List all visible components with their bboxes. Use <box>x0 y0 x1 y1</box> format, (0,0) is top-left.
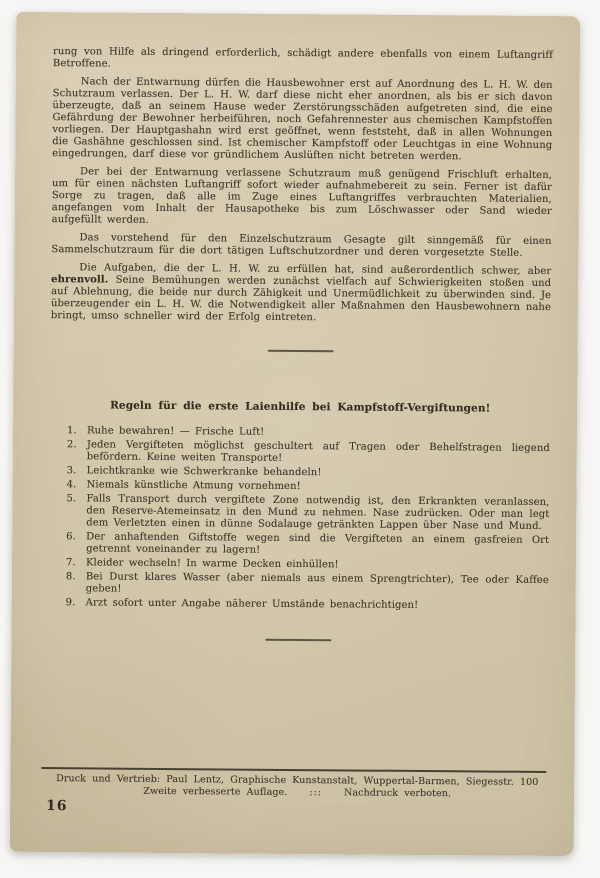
rules-list-item: 1. Ruhe bewahren! — Frische Luft! <box>67 425 550 441</box>
item-text: Jeden Vergifteten möglichst geschultert … <box>87 439 550 467</box>
item-number: 7. <box>66 557 86 569</box>
item-number: 9. <box>66 597 86 609</box>
rules-list-item: 7. Kleider wechseln! In warme Decken ein… <box>66 557 549 573</box>
body-paragraph: Nach der Entwarnung dürfen die Hausbewoh… <box>52 76 553 164</box>
rules-list-item: 4. Niemals künstliche Atmung vornehmen! <box>67 479 550 495</box>
item-text: Leichtkranke wie Schwerkranke behandeln! <box>87 465 550 481</box>
imprint-rule <box>41 767 546 773</box>
rules-list-item: 6. Der anhaftenden Giftstoffe wegen sind… <box>66 531 549 559</box>
task-text-after: Seine Bemühungen werden zunächst vielfac… <box>51 275 551 324</box>
rules-heading: Regeln für die erste Laienhilfe bei Kamp… <box>50 398 550 416</box>
rules-list-item: 9. Arzt sofort unter Angabe näherer Umst… <box>66 597 549 613</box>
body-paragraph-continuation: rung von Hilfe als dringend erforderlich… <box>53 46 553 74</box>
imprint-block: Druck und Vertrieb: Paul Lentz, Graphisc… <box>47 773 547 801</box>
item-text: Bei Durst klares Wasser (aber niemals au… <box>86 571 549 599</box>
rules-list-item: 8. Bei Durst klares Wasser (aber niemals… <box>66 571 549 599</box>
imprint-separator: ::: <box>309 787 322 799</box>
page-content: rung von Hilfe als dringend erforderlich… <box>10 12 580 801</box>
item-number: 8. <box>66 571 86 595</box>
item-number: 4. <box>67 479 87 491</box>
rules-list-item: 5. Falls Transport durch vergiftete Zone… <box>66 493 549 533</box>
item-number: 2. <box>67 439 87 463</box>
section-divider-top <box>268 350 334 353</box>
item-text: Niemals künstliche Atmung vornehmen! <box>87 479 550 495</box>
page-number: 16 <box>46 798 68 814</box>
body-paragraph: Das vorstehend für den Einzelschutzraum … <box>51 232 551 260</box>
item-number: 6. <box>66 531 86 555</box>
item-text: Falls Transport durch vergiftete Zone no… <box>86 493 549 533</box>
item-text: Arzt sofort unter Angabe näherer Umständ… <box>86 597 549 613</box>
imprint-notice: Nachdruck verboten. <box>344 787 451 799</box>
item-number: 5. <box>66 493 86 529</box>
item-number: 3. <box>67 465 87 477</box>
item-number: 1. <box>67 425 87 437</box>
rules-list-item: 2. Jeden Vergifteten möglichst geschulte… <box>67 439 550 467</box>
body-paragraph-tasks: Die Aufgaben, die der L. H. W. zu erfüll… <box>51 262 551 326</box>
rules-list-item: 3. Leichtkranke wie Schwerkranke behande… <box>67 465 550 481</box>
body-paragraph: Der bei der Entwarnung verlassene Schutz… <box>52 166 552 230</box>
item-text: Der anhaftenden Giftstoffe wegen sind di… <box>86 531 549 559</box>
item-text: Kleider wechseln! In warme Decken einhül… <box>86 557 549 573</box>
section-divider-bottom <box>265 639 331 642</box>
rules-list: 1. Ruhe bewahren! — Frische Luft! 2. Jed… <box>49 425 550 613</box>
task-text-bold: ehrenvoll. <box>51 274 108 285</box>
item-text: Ruhe bewahren! — Frische Luft! <box>87 425 550 441</box>
scanned-document-page: rung von Hilfe als dringend erforderlich… <box>10 12 581 856</box>
imprint-edition: Zweite verbesserte Auflage. <box>143 786 287 798</box>
